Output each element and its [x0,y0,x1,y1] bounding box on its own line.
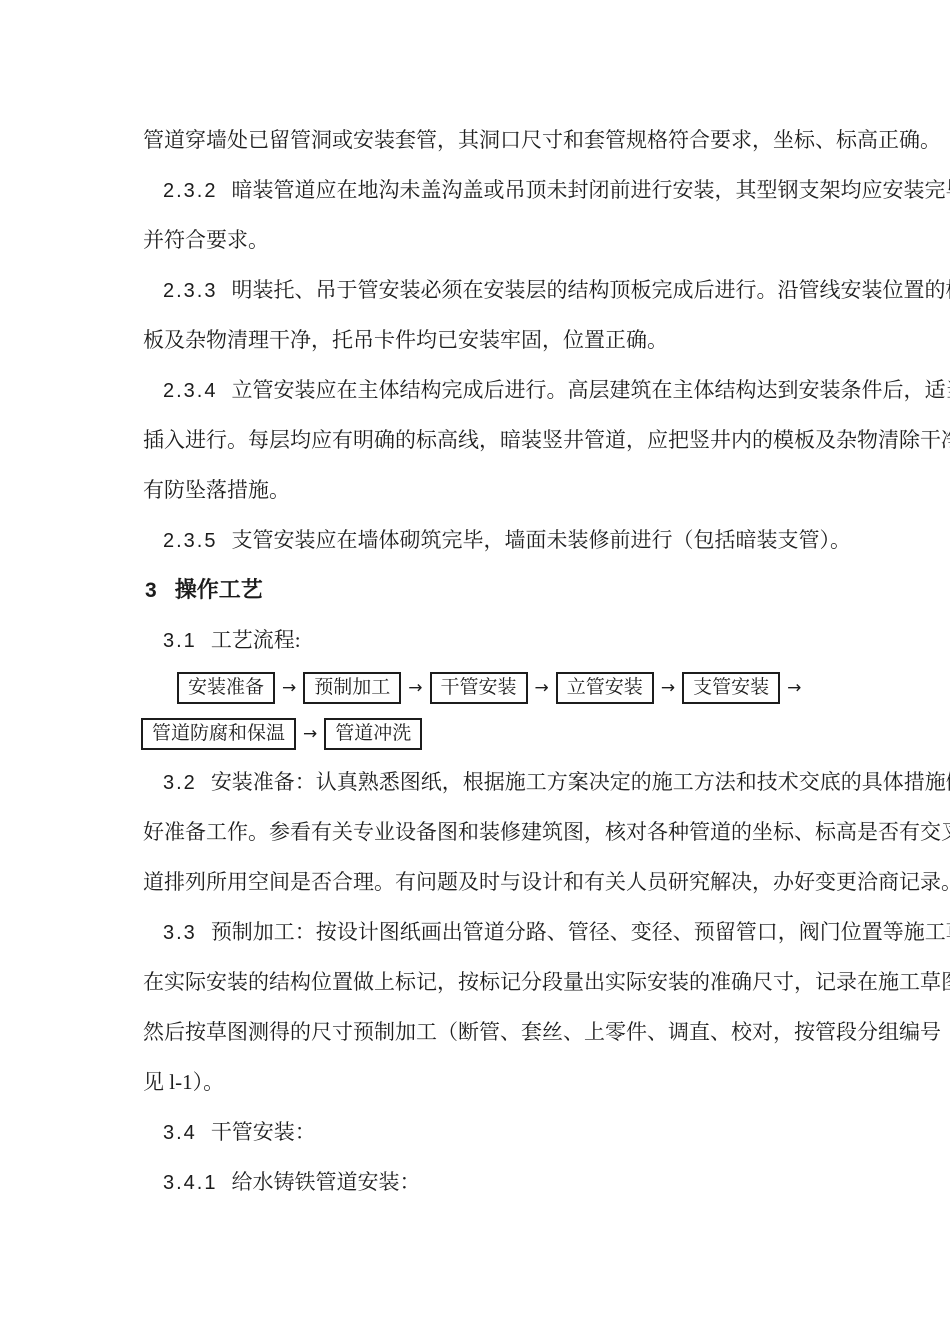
line-text: 干管安装： [211,1120,316,1144]
text-line: 2.3.4立管安装应在主体结构完成后进行。高层建筑在主体结构达到安装条件后，适当 [143,365,870,415]
line-text: 预制加工：按设计图纸画出管道分路、管径、变径、预留管口，阀门位置等施工草图， [211,920,950,944]
text-line: 3.3预制加工：按设计图纸画出管道分路、管径、变径、预留管口，阀门位置等施工草图… [143,907,870,957]
section-heading: 3操作工艺 [143,565,870,615]
heading-text: 操作工艺 [175,577,263,602]
flow-step-box: 预制加工 [303,672,401,704]
text-line: 有防坠落措施。 [143,465,870,515]
line-text: 安装准备：认真熟悉图纸，根据施工方案决定的施工方法和技术交底的具体措施做 [211,770,950,794]
clause-number: 2.3.2 [163,180,217,202]
clause-number: 3 [145,579,159,602]
text-line: 见 l-1）。 [143,1057,870,1107]
text-line: 3.2安装准备：认真熟悉图纸，根据施工方案决定的施工方法和技术交底的具体措施做 [143,757,870,807]
text-line: 道排列所用空间是否合理。有问题及时与设计和有关人员研究解决，办好变更洽商记录。 [143,857,870,907]
text-line: 板及杂物清理干净，托吊卡件均已安装牢固，位置正确。 [143,315,870,365]
line-text: 暗装管道应在地沟未盖沟盖或吊顶未封闭前进行安装，其型钢支架均应安装完毕 [231,178,950,202]
line-text: 立管安装应在主体结构完成后进行。高层建筑在主体结构达到安装条件后，适当 [231,378,950,402]
line-text: 支管安装应在墙体砌筑完毕，墙面未装修前进行（包括暗装支管）。 [231,528,851,552]
text-line: 并符合要求。 [143,215,870,265]
line-text: 在实际安装的结构位置做上标记，按标记分段量出实际安装的准确尺寸，记录在施工草图上… [143,970,950,994]
clause-number: 2.3.3 [163,280,217,302]
flow-step-box: 管道防腐和保温 [141,718,296,750]
line-text: 道排列所用空间是否合理。有问题及时与设计和有关人员研究解决，办好变更洽商记录。 [143,870,950,894]
flow-step-box: 立管安装 [556,672,654,704]
clause-number: 3.4 [163,1122,197,1144]
flowchart-row: 管道防腐和保温→管道冲洗 [141,711,870,757]
flow-step-box: 干管安装 [430,672,528,704]
clause-number: 2.3.4 [163,380,217,402]
line-text: 管道穿墙处已留管洞或安装套管，其洞口尺寸和套管规格符合要求，坐标、标高正确。 [143,128,941,152]
clause-number: 3.2 [163,772,197,794]
text-line: 管道穿墙处已留管洞或安装套管，其洞口尺寸和套管规格符合要求，坐标、标高正确。 [143,115,870,165]
flow-arrow-icon: → [282,678,296,698]
clause-number: 3.1 [163,630,197,652]
flow-arrow-icon: → [661,678,675,698]
line-text: 板及杂物清理干净，托吊卡件均已安装牢固，位置正确。 [143,328,668,352]
document-page: 管道穿墙处已留管洞或安装套管，其洞口尺寸和套管规格符合要求，坐标、标高正确。2.… [0,0,950,1344]
flow-arrow-icon: → [408,678,422,698]
flow-arrow-icon: → [303,724,317,744]
document-body: 管道穿墙处已留管洞或安装套管，其洞口尺寸和套管规格符合要求，坐标、标高正确。2.… [0,0,950,1207]
line-text: 插入进行。每层均应有明确的标高线，暗装竖井管道，应把竖井内的模板及杂物清除干净，… [143,428,950,452]
text-line: 插入进行。每层均应有明确的标高线，暗装竖井管道，应把竖井内的模板及杂物清除干净，… [143,415,870,465]
flow-arrow-icon: → [787,678,801,698]
line-text: 明装托、吊于管安装必须在安装层的结构顶板完成后进行。沿管线安装位置的模 [231,278,950,302]
text-line: 2.3.3明装托、吊于管安装必须在安装层的结构顶板完成后进行。沿管线安装位置的模 [143,265,870,315]
flow-arrow-icon: → [535,678,549,698]
flow-step-box: 支管安装 [682,672,780,704]
clause-number: 3.3 [163,922,197,944]
line-text: 见 l-1）。 [143,1070,224,1094]
text-line: 然后按草图测得的尺寸预制加工（断管、套丝、上零件、调直、校对，按管段分组编号（工… [143,1007,870,1057]
text-line: 2.3.5支管安装应在墙体砌筑完毕，墙面未装修前进行（包括暗装支管）。 [143,515,870,565]
flow-step-box: 安装准备 [177,672,275,704]
text-line: 在实际安装的结构位置做上标记，按标记分段量出实际安装的准确尺寸，记录在施工草图上… [143,957,870,1007]
text-line: 3.4.1给水铸铁管道安装： [143,1157,870,1207]
line-text: 好准备工作。参看有关专业设备图和装修建筑图，核对各种管道的坐标、标高是否有交叉，… [143,820,950,844]
line-text: 然后按草图测得的尺寸预制加工（断管、套丝、上零件、调直、校对，按管段分组编号（工… [143,1020,950,1044]
line-text: 有防坠落措施。 [143,478,290,502]
text-line: 好准备工作。参看有关专业设备图和装修建筑图，核对各种管道的坐标、标高是否有交叉，… [143,807,870,857]
line-text: 工艺流程: [211,628,301,652]
text-line: 2.3.2暗装管道应在地沟未盖沟盖或吊顶未封闭前进行安装，其型钢支架均应安装完毕 [143,165,870,215]
flow-step-box: 管道冲洗 [324,718,422,750]
text-line: 3.4干管安装： [143,1107,870,1157]
clause-number: 2.3.5 [163,530,217,552]
flowchart-row: 安装准备→预制加工→干管安装→立管安装→支管安装→ [177,665,870,711]
line-text: 并符合要求。 [143,228,269,252]
line-text: 给水铸铁管道安装： [231,1170,420,1194]
clause-number: 3.4.1 [163,1172,217,1194]
text-line: 3.1工艺流程: [143,615,870,665]
